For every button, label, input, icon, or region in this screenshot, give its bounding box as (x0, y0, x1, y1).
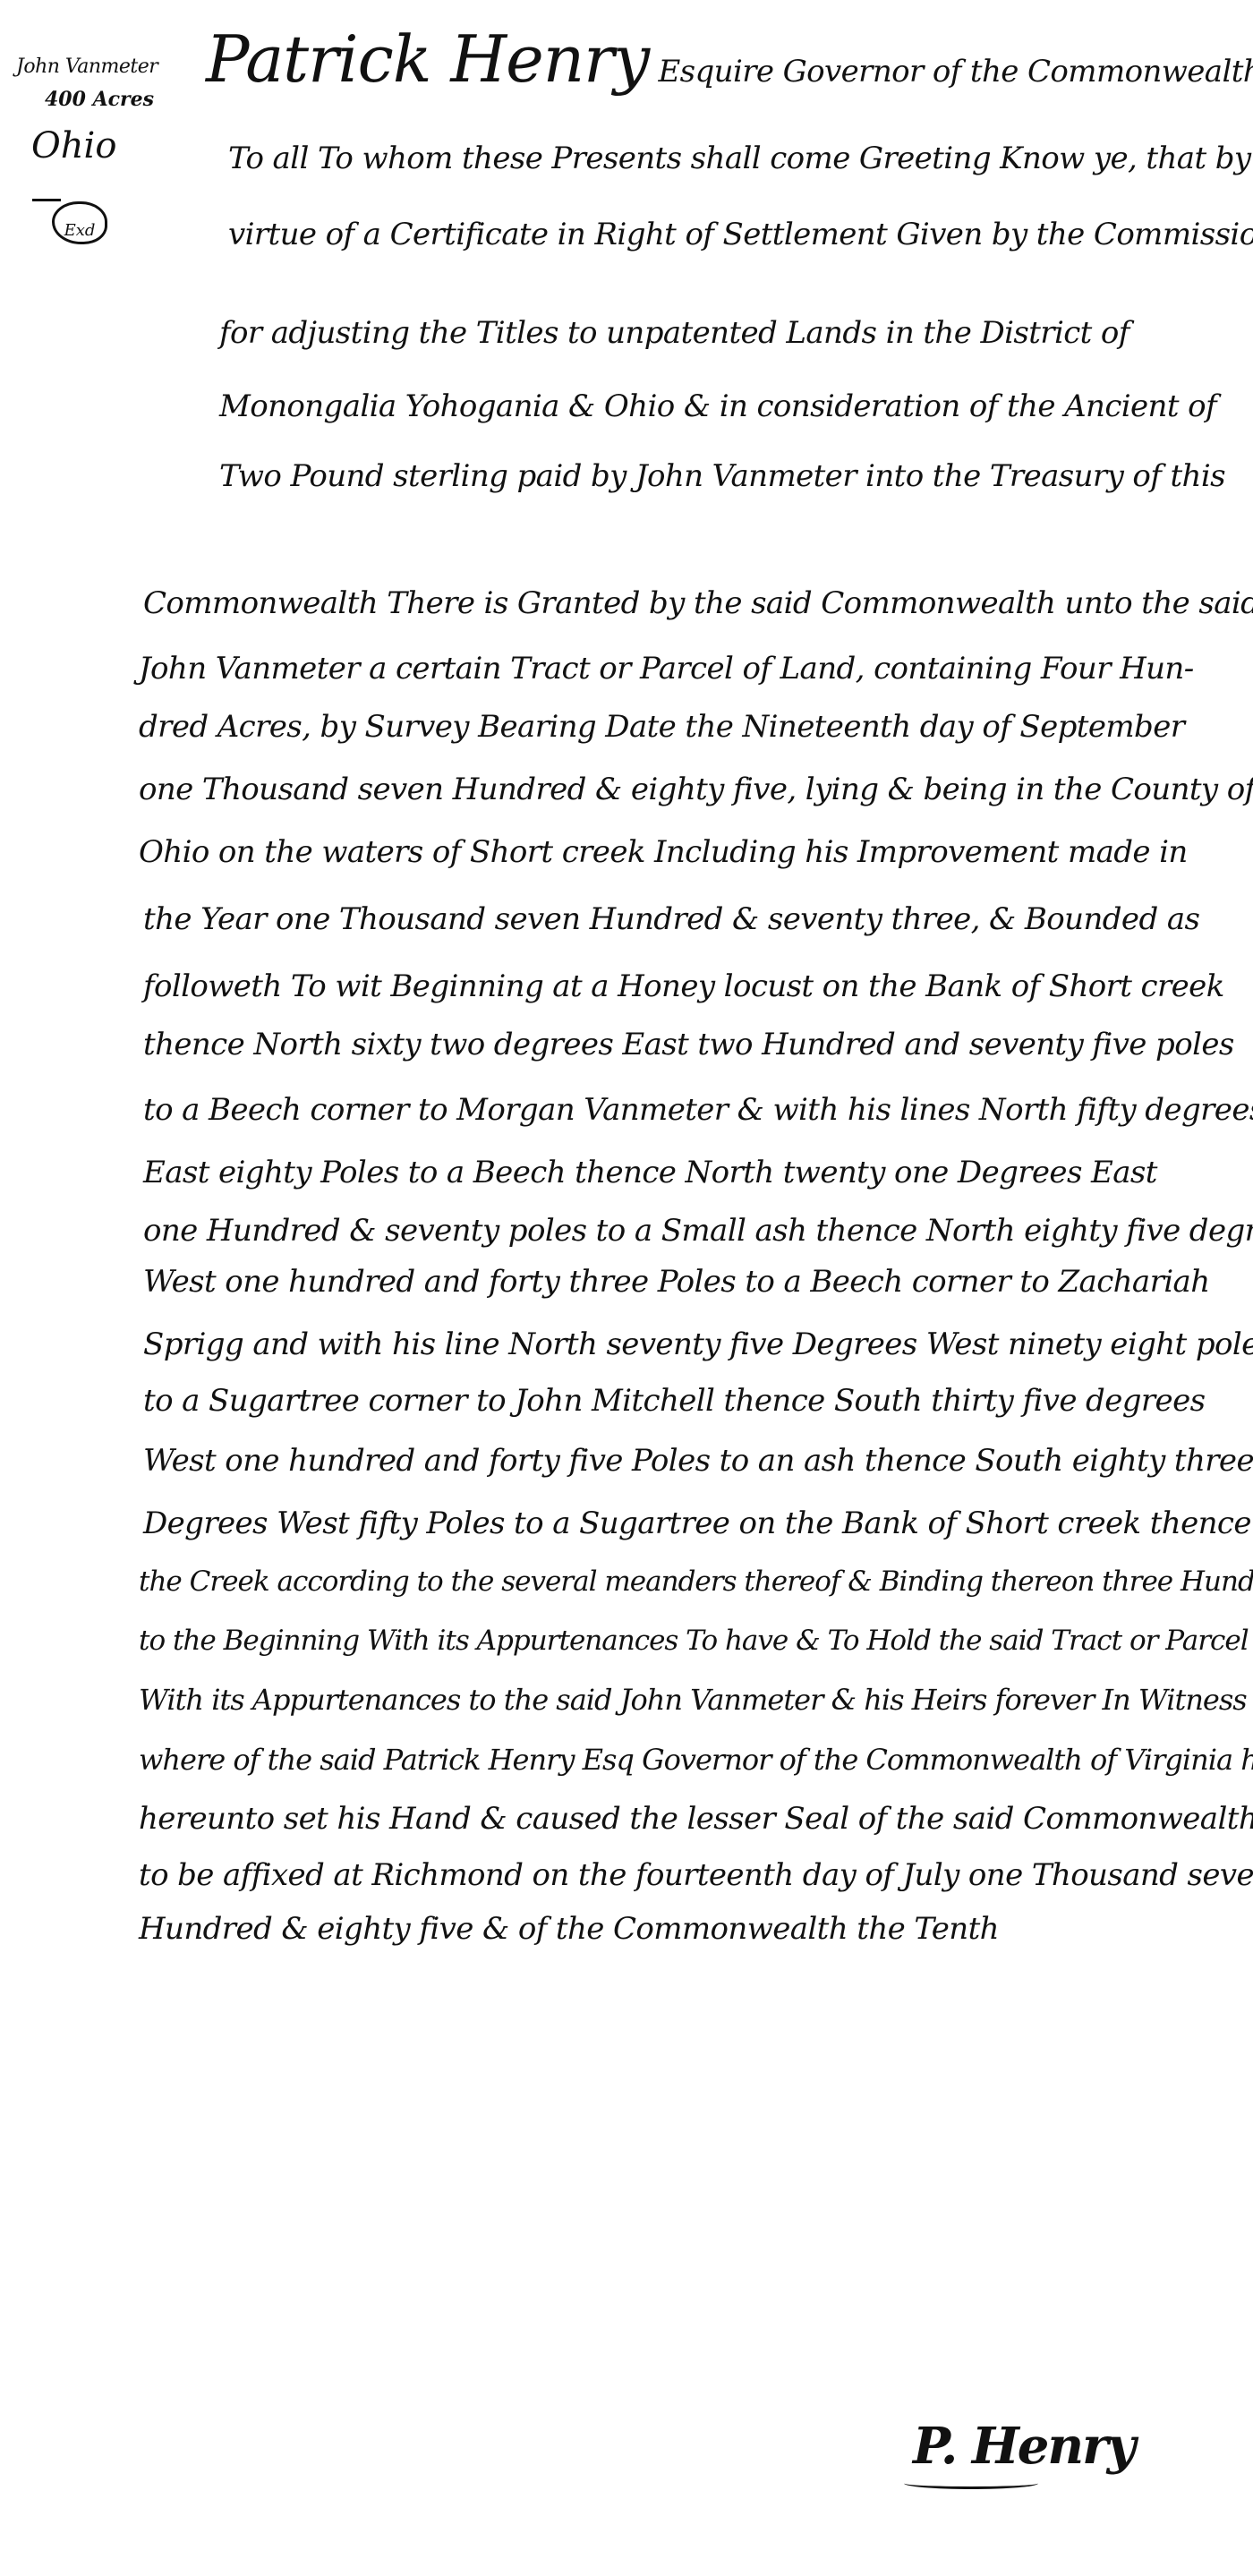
body-line: where of the said Patrick Henry Esq Gove… (139, 1745, 1253, 1774)
body-line: Ohio on the waters of Short creek Includ… (139, 837, 1188, 867)
examined-seal-mark: Exd (52, 201, 107, 244)
body-line: one Hundred & seventy poles to a Small a… (143, 1215, 1253, 1246)
body-line: Two Pound sterling paid by John Vanmeter… (219, 461, 1225, 491)
body-line: With its Appurtenances to the said John … (139, 1685, 1253, 1714)
margin-acreage: 400 Acres (45, 88, 154, 111)
body-line: West one hundred and forty three Poles t… (143, 1267, 1210, 1297)
body-line: West one hundred and forty five Poles to… (143, 1446, 1253, 1476)
body-line: Hundred & eighty five & of the Commonwea… (139, 1914, 999, 1944)
margin-grantee-name: John Vanmeter (16, 55, 158, 78)
body-line: John Vanmeter a certain Tract or Parcel … (139, 653, 1194, 684)
body-line: the Year one Thousand seven Hundred & se… (143, 904, 1199, 934)
signature-flourish (904, 2478, 1038, 2489)
body-line: dred Acres, by Survey Bearing Date the N… (139, 712, 1184, 742)
body-line: the Creek according to the several meand… (139, 1568, 1253, 1596)
body-line: to a Sugartree corner to John Mitchell t… (143, 1386, 1205, 1416)
body-line: Monongalia Yohogania & Ohio & in conside… (219, 391, 1216, 422)
body-line: for adjusting the Titles to unpatented L… (219, 318, 1129, 348)
body-line: Degrees West fifty Poles to a Sugartree … (143, 1508, 1253, 1539)
land-grant-document: John Vanmeter 400 Acres Ohio Exd Patrick… (0, 0, 1253, 2576)
body-line: hereunto set his Hand & caused the lesse… (139, 1804, 1253, 1834)
grantor-title: Esquire Governor of the Commonwealth of … (658, 54, 1253, 90)
body-line: to a Beech corner to Morgan Vanmeter & w… (143, 1095, 1253, 1125)
body-line: to be affixed at Richmond on the fourtee… (139, 1860, 1253, 1890)
margin-dash-mark (32, 199, 61, 201)
examined-mark-text: Exd (64, 221, 96, 240)
body-line: thence North sixty two degrees East two … (143, 1029, 1234, 1060)
body-line: followeth To wit Beginning at a Honey lo… (143, 971, 1224, 1002)
grantor-name: Patrick Henry (206, 21, 649, 97)
margin-county: Ohio (31, 125, 116, 166)
body-line: Sprigg and with his line North seventy f… (143, 1329, 1253, 1360)
body-line: to the Beginning With its Appurtenances … (139, 1627, 1253, 1655)
body-line: To all To whom these Presents shall come… (228, 143, 1250, 174)
body-line: one Thousand seven Hundred & eighty five… (139, 774, 1253, 805)
body-line: Commonwealth There is Granted by the sai… (143, 588, 1253, 618)
body-line: virtue of a Certificate in Right of Sett… (228, 219, 1253, 250)
governor-signature: P. Henry (913, 2417, 1134, 2476)
header-line: Patrick Henry Esquire Governor of the Co… (206, 27, 1253, 91)
body-line: East eighty Poles to a Beech thence Nort… (143, 1157, 1157, 1188)
